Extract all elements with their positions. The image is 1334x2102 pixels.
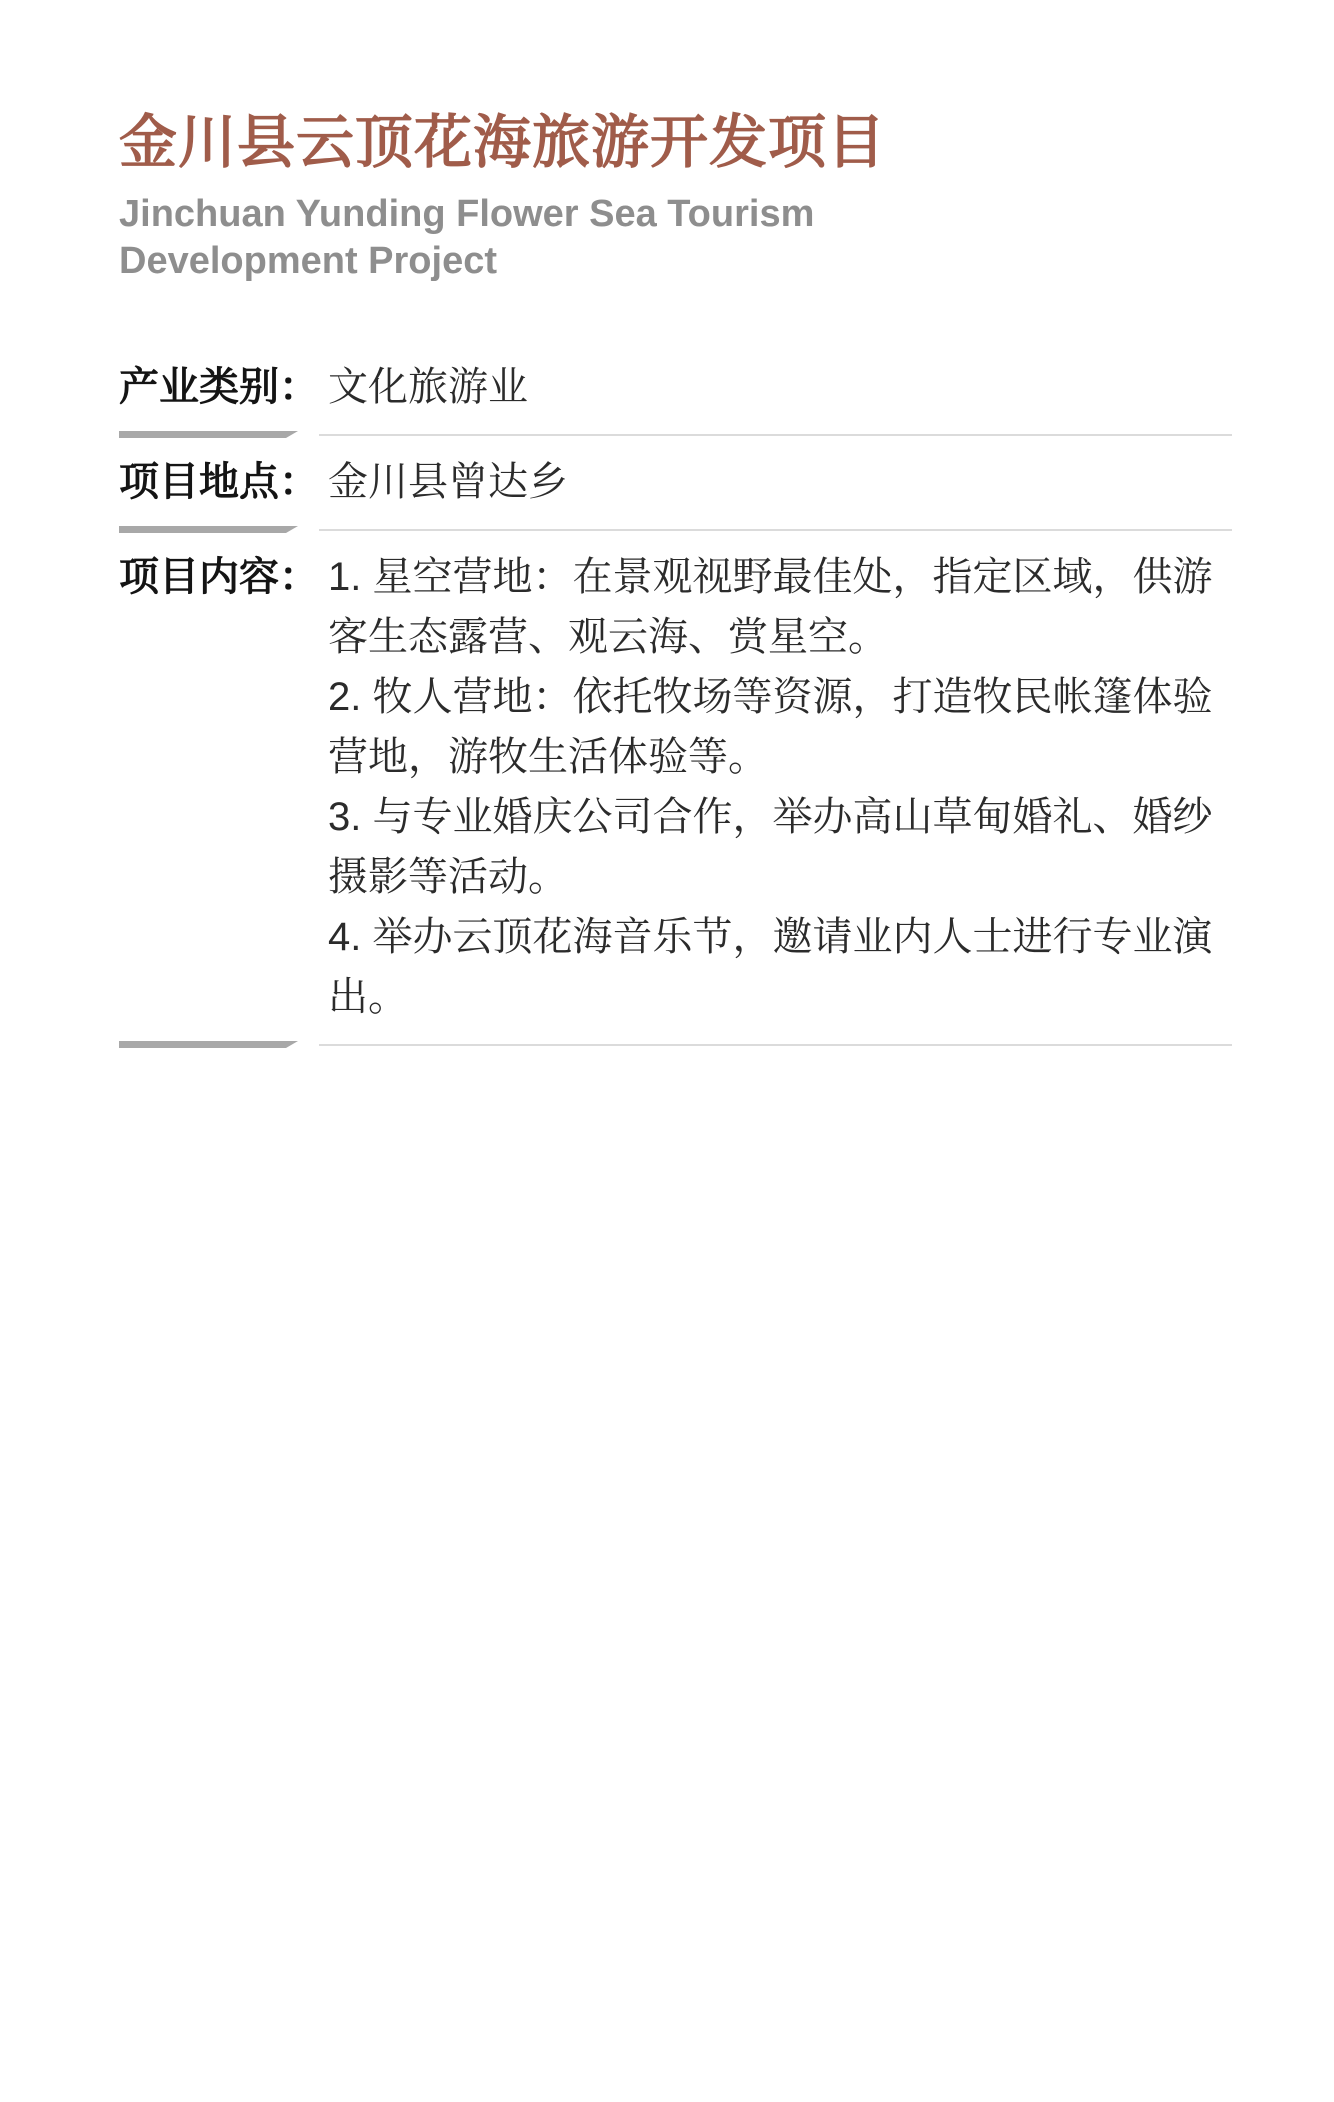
project-location-value: 金川县曾达乡 [328, 452, 1232, 512]
row-project-content: 项目内容： 1. 星空营地：在景观视野最佳处，指定区域，供游客生态露营、观云海、… [119, 547, 1232, 1027]
section-divider [119, 526, 1232, 533]
divider-accent-bar [119, 526, 298, 533]
section-divider [119, 1041, 1232, 1048]
divider-accent-bar [119, 1041, 298, 1048]
divider-rule [319, 1044, 1232, 1046]
project-location-label: 项目地点： [119, 452, 328, 512]
page-subtitle-en: Jinchuan Yunding Flower Sea Tourism Deve… [119, 191, 1232, 285]
subtitle-line-1: Jinchuan Yunding Flower Sea Tourism [119, 191, 1232, 238]
project-content-value: 1. 星空营地：在景观视野最佳处，指定区域，供游客生态露营、观云海、赏星空。 2… [328, 547, 1232, 1027]
project-content-item-4: 4. 举办云顶花海音乐节，邀请业内人士进行专业演出。 [328, 907, 1232, 1027]
row-industry-category: 产业类别： 文化旅游业 [119, 357, 1232, 417]
row-project-location: 项目地点： 金川县曾达乡 [119, 452, 1232, 512]
industry-category-value: 文化旅游业 [328, 357, 1232, 417]
divider-accent-bar [119, 431, 298, 438]
project-info-sheet: 金川县云顶花海旅游开发项目 Jinchuan Yunding Flower Se… [0, 0, 1334, 1048]
info-rows: 产业类别： 文化旅游业 项目地点： 金川县曾达乡 项目内容： 1. 星空营地：在… [119, 357, 1232, 1048]
divider-rule [319, 434, 1232, 436]
project-content-label: 项目内容： [119, 547, 328, 607]
divider-rule [319, 529, 1232, 531]
project-content-item-1: 1. 星空营地：在景观视野最佳处，指定区域，供游客生态露营、观云海、赏星空。 [328, 547, 1232, 667]
project-content-item-3: 3. 与专业婚庆公司合作，举办高山草甸婚礼、婚纱摄影等活动。 [328, 787, 1232, 907]
page-title: 金川县云顶花海旅游开发项目 [119, 0, 1232, 179]
industry-category-label: 产业类别： [119, 357, 328, 417]
subtitle-line-2: Development Project [119, 238, 1232, 285]
project-content-item-2: 2. 牧人营地：依托牧场等资源，打造牧民帐篷体验营地，游牧生活体验等。 [328, 667, 1232, 787]
section-divider [119, 431, 1232, 438]
